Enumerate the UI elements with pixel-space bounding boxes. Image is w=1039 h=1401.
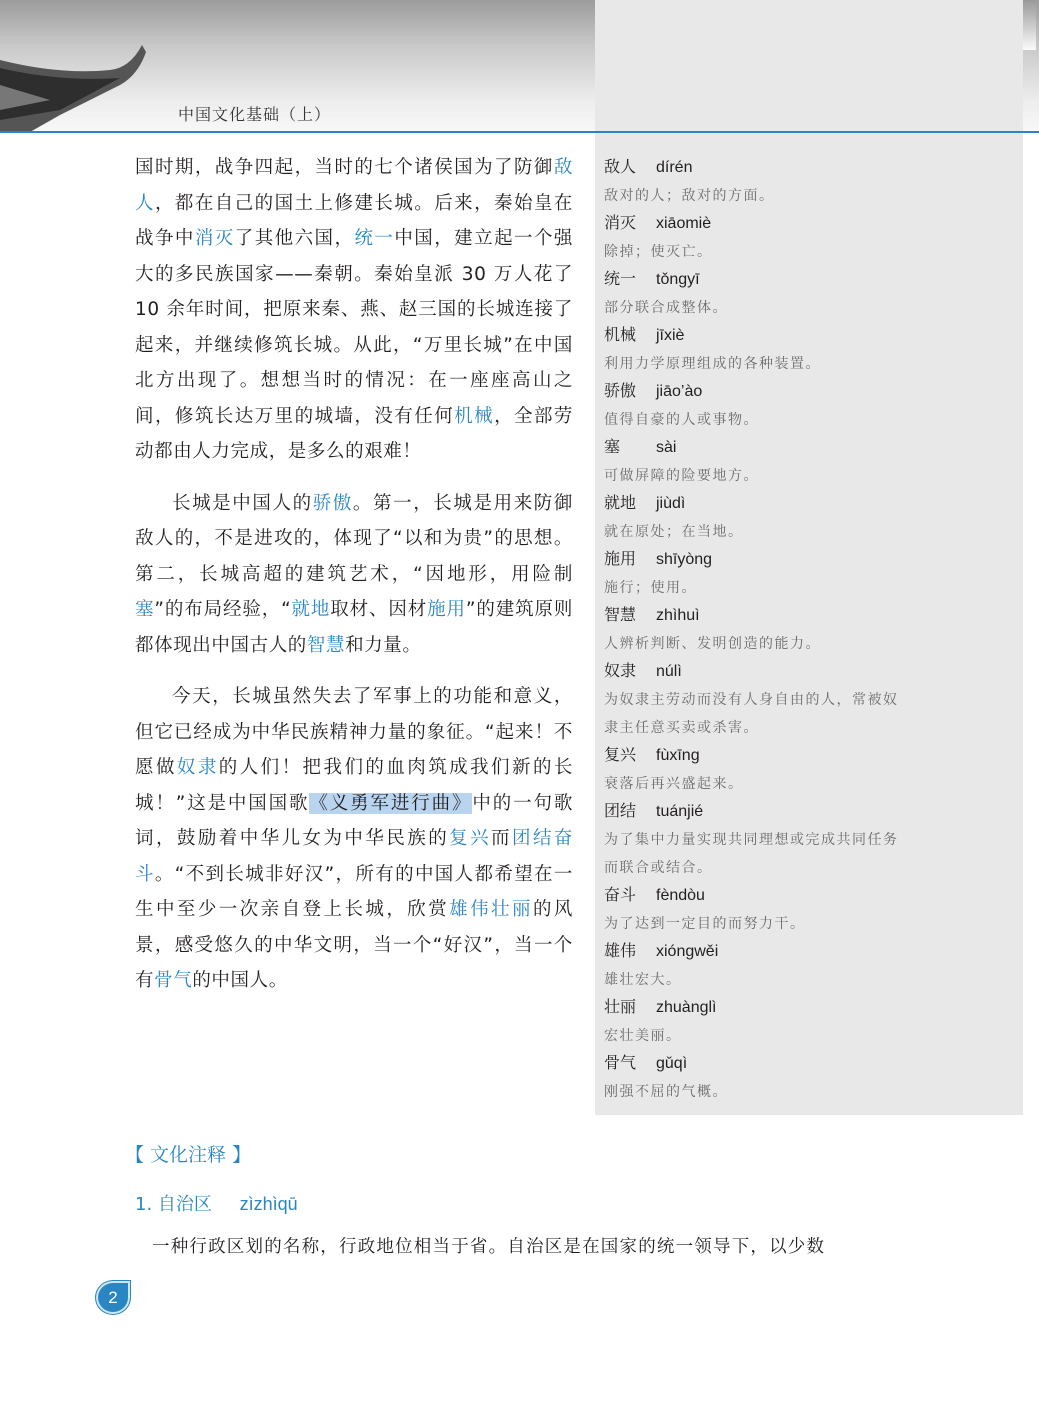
glossary-definition: 宏壮美丽。 [604,1022,909,1050]
text-run: ”的布局经验，“ [154,599,291,620]
glossary-definition: 衰落后再兴盛起来。 [604,770,909,798]
glossary-item: 敌人dírén敌对的人；敌对的方面。 [604,154,909,210]
glossary-headword: 奋斗fèndòu [604,882,909,910]
glossary-word: 骨气 [604,1050,656,1076]
glossary-pinyin: jiùdì [656,495,685,512]
glossary-item: 施用shīyòng施行；使用。 [604,546,909,602]
note-term: 自治区 [158,1194,212,1215]
vocab-keyword: 复兴 [449,828,491,849]
glossary-definition: 除掉；使灭亡。 [604,238,909,266]
text-run: 而 [491,828,512,849]
main-text: 国时期，战争四起，当时的七个诸侯国为了防御敌人，都在自己的国土上修建长城。后来，… [135,150,573,1015]
vocab-keyword: 奴隶 [177,757,219,778]
glossary-pinyin: shīyòng [656,551,712,568]
highlighted-text: 《义勇军进行曲》 [309,793,472,814]
glossary-definition: 人辨析判断、发明创造的能力。 [604,630,909,658]
vocab-keyword: 消灭 [195,228,235,249]
glossary-word: 团结 [604,798,656,824]
glossary-headword: 团结tuánjié [604,798,909,826]
glossary-word: 壮丽 [604,994,656,1020]
glossary-pinyin: tǒngyī [656,271,700,288]
vocab-keyword: 雄伟壮丽 [449,899,533,920]
glossary-headword: 机械jīxiè [604,322,909,350]
glossary-word: 敌人 [604,154,656,180]
glossary-word: 复兴 [604,742,656,768]
glossary-definition: 利用力学原理组成的各种装置。 [604,350,909,378]
page-number-badge: 2 [96,1281,130,1314]
glossary-word: 雄伟 [604,938,656,964]
text-run: 中国，建立起一个强大的多民族国家——秦朝。秦始皇派 30 万人花了 10 余年时… [135,228,573,427]
glossary-item: 奴隶núlì为奴隶主劳动而没有人身自由的人，常被奴隶主任意买卖或杀害。 [604,658,909,742]
paragraph: 长城是中国人的骄傲。第一，长城是用来防御敌人的，不是进攻的，体现了“以和为贵”的… [135,486,573,664]
glossary-headword: 奴隶núlì [604,658,909,686]
glossary-pinyin: fèndòu [656,887,705,904]
glossary-headword: 塞sài [604,434,909,462]
glossary-item: 机械jīxiè利用力学原理组成的各种装置。 [604,322,909,378]
glossary-pinyin: tuánjié [656,803,703,820]
glossary-item: 塞sài可做屏障的险要地方。 [604,434,909,490]
paragraph: 国时期，战争四起，当时的七个诸侯国为了防御敌人，都在自己的国土上修建长城。后来，… [135,150,573,470]
note-body: 一种行政区划的名称，行政地位相当于省。自治区是在国家的统一领导下，以少数 [152,1233,912,1258]
page-edge-strip [1023,0,1036,50]
glossary-headword: 就地jiùdì [604,490,909,518]
glossary-word: 智慧 [604,602,656,628]
glossary-word: 就地 [604,490,656,516]
glossary-pinyin: núlì [656,663,682,680]
glossary-item: 壮丽zhuànglì宏壮美丽。 [604,994,909,1050]
glossary-definition: 敌对的人；敌对的方面。 [604,182,909,210]
glossary-item: 就地jiùdì就在原处；在当地。 [604,490,909,546]
glossary-definition: 部分联合成整体。 [604,294,909,322]
glossary-word: 骄傲 [604,378,656,404]
paragraph: 今天，长城虽然失去了军事上的功能和意义，但它已经成为中华民族精神力量的象征。“起… [135,679,573,999]
glossary-item: 雄伟xióngwěi雄壮宏大。 [604,938,909,994]
text-run: 的中国人。 [192,970,288,991]
note-number: 1. [135,1194,152,1215]
glossary-pinyin: sài [656,439,676,456]
glossary-definition: 为了达到一定目的而努力干。 [604,910,909,938]
glossary-definition: 刚强不屈的气概。 [604,1078,909,1106]
vocab-keyword: 智慧 [307,635,345,656]
header-rule-panel [595,131,1023,133]
glossary-headword: 复兴fùxīng [604,742,909,770]
glossary-item: 骄傲jiāo’ào值得自豪的人或事物。 [604,378,909,434]
glossary-headword: 敌人dírén [604,154,909,182]
glossary-pinyin: fùxīng [656,747,700,764]
glossary-definition: 施行；使用。 [604,574,909,602]
glossary-definition: 值得自豪的人或事物。 [604,406,909,434]
glossary-item: 骨气gǔqì刚强不屈的气概。 [604,1050,909,1106]
glossary-list: 敌人dírén敌对的人；敌对的方面。消灭xiāomiè除掉；使灭亡。统一tǒng… [604,154,909,1106]
roof-eave-illustration [0,40,170,132]
vocab-keyword: 骨气 [154,970,192,991]
glossary-pinyin: dírén [656,159,692,176]
glossary-headword: 统一tǒngyī [604,266,909,294]
glossary-headword: 骄傲jiāo’ào [604,378,909,406]
glossary-pinyin: gǔqì [656,1055,687,1072]
glossary-headword: 施用shīyòng [604,546,909,574]
glossary-item: 消灭xiāomiè除掉；使灭亡。 [604,210,909,266]
glossary-word: 奋斗 [604,882,656,908]
vocab-keyword: 统一 [354,228,394,249]
glossary-word: 统一 [604,266,656,292]
glossary-definition: 雄壮宏大。 [604,966,909,994]
text-run: 和力量。 [345,635,421,656]
vocab-keyword: 施用 [427,599,466,620]
glossary-headword: 骨气gǔqì [604,1050,909,1078]
glossary-pinyin: jiāo’ào [656,383,702,400]
glossary-pinyin: jīxiè [656,327,684,344]
vocab-keyword: 就地 [291,599,330,620]
section-title-culture-notes: 【 文化注释 】 [125,1140,251,1167]
glossary-pinyin: xiāomiè [656,215,711,232]
glossary-word: 奴隶 [604,658,656,684]
glossary-headword: 消灭xiāomiè [604,210,909,238]
vocab-keyword: 机械 [454,406,494,427]
glossary-item: 复兴fùxīng衰落后再兴盛起来。 [604,742,909,798]
book-title: 中国文化基础（上） [178,102,331,125]
note-title: 1. 自治区 zìzhìqū [135,1190,298,1216]
glossary-item: 统一tǒngyī部分联合成整体。 [604,266,909,322]
glossary-item: 智慧zhìhuì人辨析判断、发明创造的能力。 [604,602,909,658]
glossary-definition: 就在原处；在当地。 [604,518,909,546]
text-run: 长城是中国人的 [172,493,313,514]
glossary-word: 消灭 [604,210,656,236]
glossary-headword: 壮丽zhuànglì [604,994,909,1022]
glossary-definition: 为了集中力量实现共同理想或完成共同任务而联合或结合。 [604,826,909,882]
text-run: 取材、因材 [330,599,427,620]
glossary-item: 奋斗fèndòu为了达到一定目的而努力干。 [604,882,909,938]
text-run: 了其他六国， [235,228,355,249]
glossary-item: 团结tuánjié为了集中力量实现共同理想或完成共同任务而联合或结合。 [604,798,909,882]
glossary-pinyin: xióngwěi [656,943,718,960]
glossary-word: 机械 [604,322,656,348]
glossary-definition: 为奴隶主劳动而没有人身自由的人，常被奴隶主任意买卖或杀害。 [604,686,909,742]
glossary-pinyin: zhuànglì [656,999,717,1016]
glossary-word: 施用 [604,546,656,572]
text-run: 国时期，战争四起，当时的七个诸侯国为了防御 [135,157,554,178]
glossary-headword: 智慧zhìhuì [604,602,909,630]
glossary-headword: 雄伟xióngwěi [604,938,909,966]
note-pinyin: zìzhìqū [240,1194,298,1214]
vocab-keyword: 骄傲 [313,493,353,514]
glossary-word: 塞 [604,434,656,460]
vocab-keyword: 塞 [135,599,154,620]
glossary-pinyin: zhìhuì [656,607,700,624]
glossary-definition: 可做屏障的险要地方。 [604,462,909,490]
